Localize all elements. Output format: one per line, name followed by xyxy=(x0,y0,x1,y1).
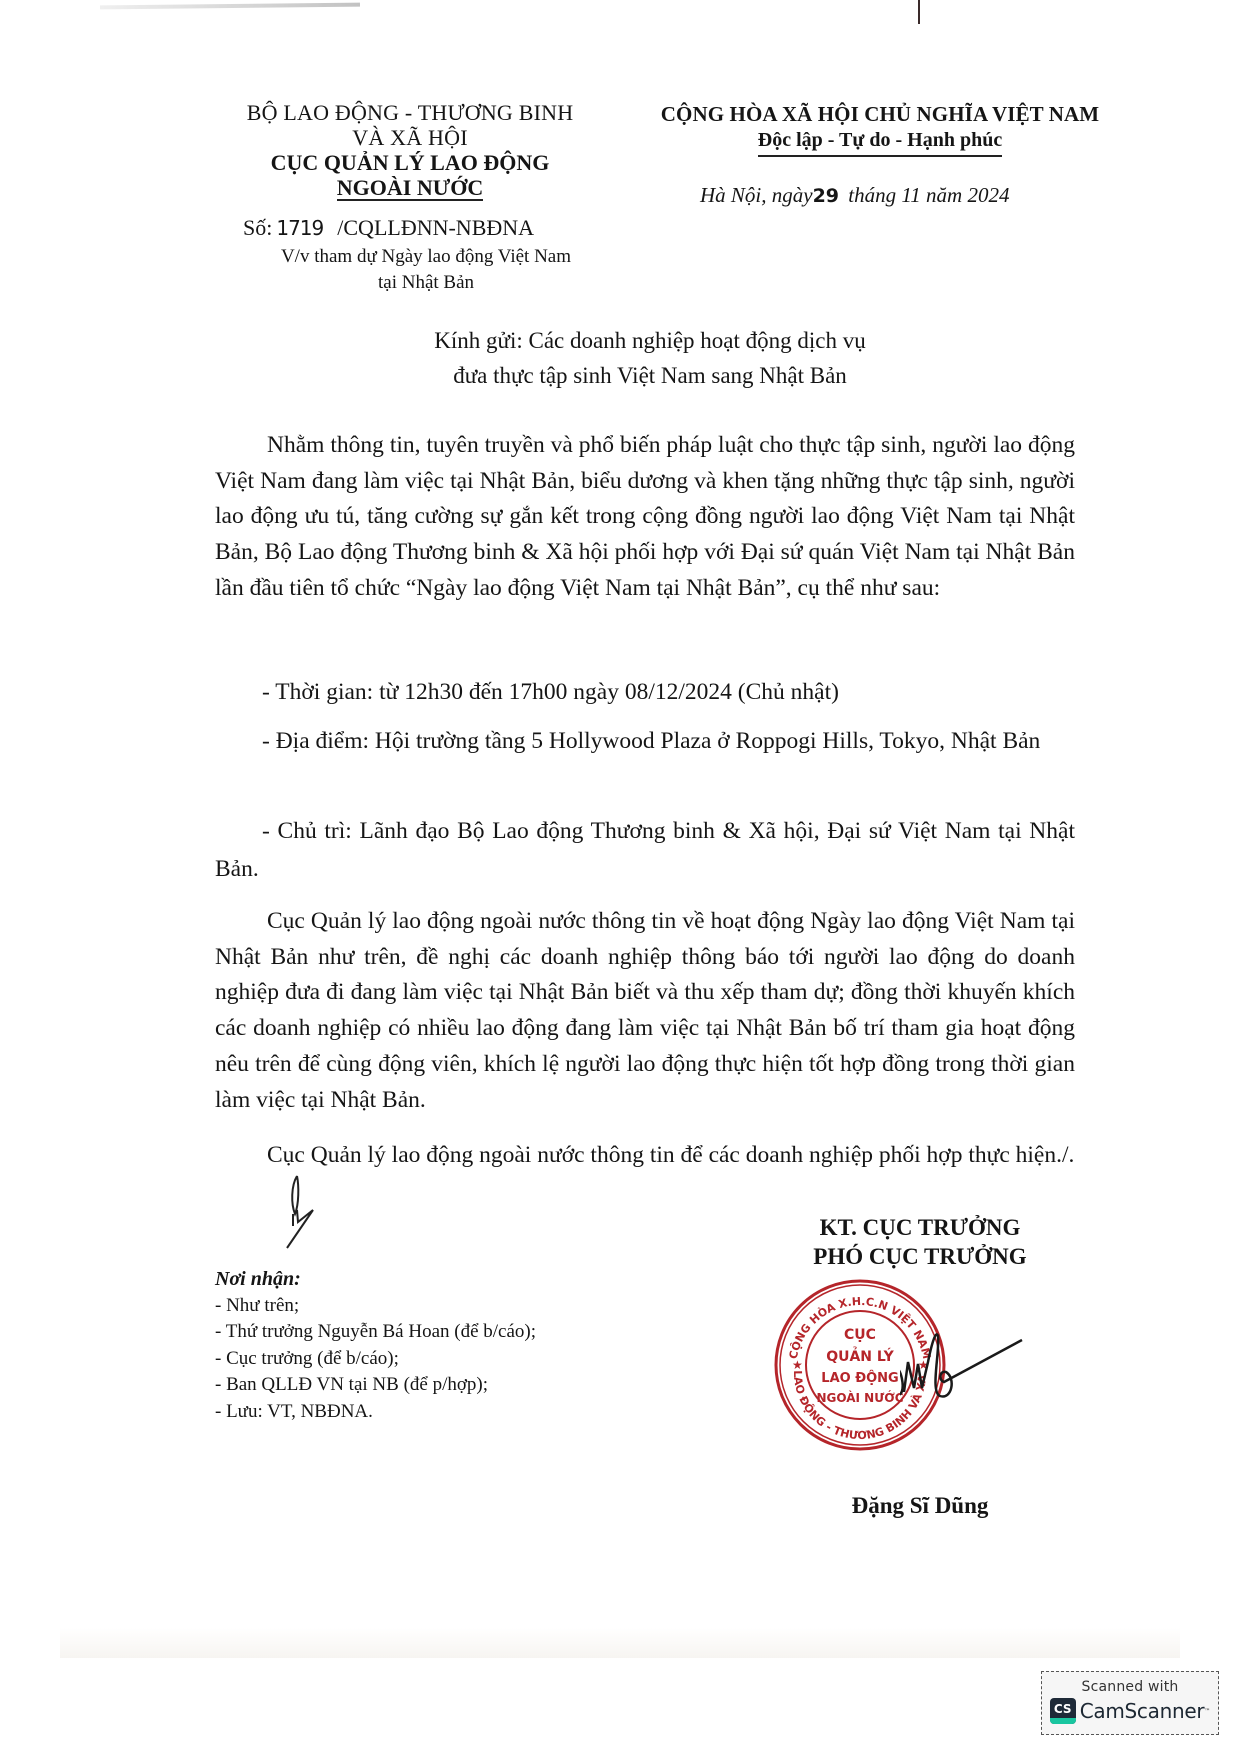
body-paragraph-2: Cục Quản lý lao động ngoài nước thông ti… xyxy=(215,904,1075,1118)
signatory-title-line1: KT. CỤC TRƯỞNG xyxy=(770,1213,1070,1242)
event-time: - Thời gian: từ 12h30 đến 17h00 ngày 08/… xyxy=(262,674,839,711)
body-paragraph-3: Cục Quản lý lao động ngoài nước thông ti… xyxy=(215,1138,1075,1174)
document-number: Số:1719/CQLLĐNN-NBĐNA xyxy=(243,215,534,241)
recipient-item: - Cục trưởng (để b/cáo); xyxy=(215,1346,536,1373)
scan-artifact-mark xyxy=(918,0,920,24)
place-and-date: Hà Nội, ngày29 tháng 11 năm 2024 xyxy=(700,183,1009,208)
ministry-name-line2: VÀ XÃ HỘI xyxy=(190,125,630,150)
recipient-item: - Như trên; xyxy=(215,1293,536,1320)
document-number-suffix: /CQLLĐNN-NBĐNA xyxy=(337,215,534,240)
seal-center-line2: QUẢN LÝ xyxy=(826,1346,894,1365)
camscanner-brand: CamScanner xyxy=(1080,1699,1205,1723)
signatory-title-line2: PHÓ CỤC TRƯỞNG xyxy=(770,1242,1070,1271)
place-date-suffix: tháng 11 năm 2024 xyxy=(848,183,1009,207)
scan-artifact-streak xyxy=(100,3,360,10)
national-motto: Độc lập - Tự do - Hạnh phúc xyxy=(758,127,1002,157)
camscanner-watermark: Scanned with CS CamScanner™ xyxy=(1041,1671,1219,1735)
trademark-symbol: ™ xyxy=(1204,1708,1210,1715)
national-header: CỘNG HÒA XÃ HỘI CHỦ NGHĨA VIỆT NAM Độc l… xyxy=(640,102,1120,157)
paragraph-1-text: Nhằm thông tin, tuyên truyền và phổ biến… xyxy=(215,432,1075,601)
recipient-item: - Ban QLLĐ VN tại NB (để p/hợp); xyxy=(215,1372,536,1399)
scanned-with-label: Scanned with xyxy=(1042,1679,1218,1695)
recipient-item: - Lưu: VT, NBĐNA. xyxy=(215,1399,536,1426)
place-date-prefix: Hà Nội, ngày xyxy=(700,183,813,207)
scan-artifact-band xyxy=(60,1628,1180,1658)
paragraph-3-text: Cục Quản lý lao động ngoài nước thông ti… xyxy=(267,1142,1074,1168)
paragraph-2-text: Cục Quản lý lao động ngoài nước thông ti… xyxy=(215,908,1075,1113)
handwritten-signature xyxy=(900,1322,1030,1422)
addressee: Kính gửi: Các doanh nghiệp hoạt động dịc… xyxy=(380,323,920,393)
document-number-handwritten: 1719 xyxy=(276,216,323,240)
event-host: - Chủ trì: Lãnh đạo Bộ Lao động Thương b… xyxy=(215,812,1075,888)
addressee-line2: đưa thực tập sinh Việt Nam sang Nhật Bản xyxy=(380,358,920,393)
event-location: - Địa điểm: Hội trường tầng 5 Hollywood … xyxy=(215,722,1075,760)
department-name-line2: NGOÀI NƯỚC xyxy=(337,176,483,201)
event-host-text: - Chủ trì: Lãnh đạo Bộ Lao động Thương b… xyxy=(215,818,1075,882)
signatory-name: Đặng Sĩ Dũng xyxy=(770,1493,1070,1519)
subject-line2: tại Nhật Bản xyxy=(226,270,626,296)
subject-line1: V/v tham dự Ngày lao động Việt Nam xyxy=(226,244,626,270)
seal-center-line1: CỤC xyxy=(844,1327,876,1343)
signatory-title: KT. CỤC TRƯỞNG PHÓ CỤC TRƯỞNG xyxy=(770,1213,1070,1271)
issuing-authority: BỘ LAO ĐỘNG - THƯƠNG BINH VÀ XÃ HỘI CỤC … xyxy=(190,100,630,201)
event-location-text: - Địa điểm: Hội trường tầng 5 Hollywood … xyxy=(262,728,1040,754)
recipients-title: Nơi nhận: xyxy=(215,1266,536,1293)
document-subject: V/v tham dự Ngày lao động Việt Nam tại N… xyxy=(226,244,626,296)
recipients-list: Nơi nhận: - Như trên; - Thứ trưởng Nguyễ… xyxy=(215,1266,536,1425)
body-paragraph-1: Nhằm thông tin, tuyên truyền và phổ biến… xyxy=(215,428,1075,607)
addressee-line1: Kính gửi: Các doanh nghiệp hoạt động dịc… xyxy=(380,323,920,358)
recipient-item: - Thứ trưởng Nguyễn Bá Hoan (để b/cáo); xyxy=(215,1319,536,1346)
ministry-name-line1: BỘ LAO ĐỘNG - THƯƠNG BINH xyxy=(190,100,630,125)
day-handwritten: 29 xyxy=(813,185,839,207)
seal-center-line4: NGOÀI NƯỚC xyxy=(816,1390,903,1405)
nation-name: CỘNG HÒA XÃ HỘI CHỦ NGHĨA VIỆT NAM xyxy=(640,102,1120,127)
svg-text:★: ★ xyxy=(792,1358,803,1372)
camscanner-logo-icon: CS xyxy=(1050,1698,1076,1724)
seal-center-line3: LAO ĐỘNG xyxy=(821,1370,898,1386)
department-name-line1: CỤC QUẢN LÝ LAO ĐỘNG xyxy=(190,150,630,175)
initials-mark xyxy=(283,1174,333,1250)
document-number-label: Số: xyxy=(243,215,272,240)
